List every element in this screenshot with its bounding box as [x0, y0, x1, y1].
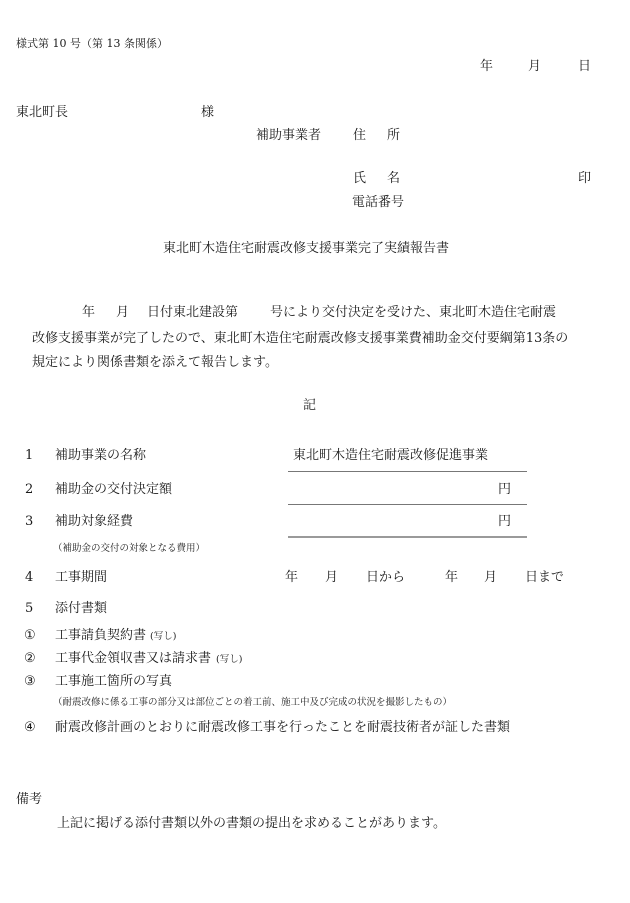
date-year: 年	[480, 60, 493, 73]
item-number: 5	[25, 602, 33, 615]
period-to-year: 年	[445, 571, 458, 584]
item-number: 4	[25, 571, 33, 584]
body-line3: 規定により関係書類を添えて報告します。	[32, 356, 278, 369]
applicant-label: 補助事業者	[256, 129, 321, 142]
address-label-1: 住	[353, 129, 366, 142]
ki-heading: 記	[303, 399, 316, 412]
attachment-mark: ②	[24, 652, 36, 665]
period-from-day: 日から	[366, 571, 405, 584]
item-label: 補助事業の名称	[55, 449, 146, 462]
item-label: 添付書類	[55, 602, 107, 615]
attachment-note: （耐震改修に係る工事の部分又は部位ごとの着工前、施工中及び完成の状況を撮影したも…	[53, 698, 452, 708]
addressee-honorific: 様	[201, 106, 214, 119]
body-month: 月	[116, 306, 129, 319]
project-name-value: 東北町木造住宅耐震改修促進事業	[293, 449, 488, 462]
attachment-mark: ④	[24, 721, 36, 734]
seal-mark: 印	[578, 172, 591, 185]
grant-amount-unit: 円	[498, 483, 511, 496]
attachment-mark: ③	[24, 675, 36, 688]
name-label-1: 氏	[353, 172, 366, 185]
date-day: 日	[578, 60, 591, 73]
period-from-year: 年	[285, 571, 298, 584]
period-from-month: 月	[325, 571, 338, 584]
period-to-day: 日まで	[525, 571, 564, 584]
attachment-mark: ①	[24, 629, 36, 642]
eligible-cost-note: （補助金の交付の対象となる費用）	[53, 544, 205, 554]
item-label: 工事期間	[55, 571, 107, 584]
addressee-name: 東北町長	[16, 106, 68, 119]
item-number: 1	[25, 449, 33, 462]
document-title: 東北町木造住宅耐震改修支援事業完了実績報告書	[163, 242, 449, 255]
item-number: 2	[25, 483, 33, 496]
date-month: 月	[528, 60, 541, 73]
eligible-cost-field[interactable]	[288, 536, 527, 538]
item-label: 補助対象経費	[55, 515, 133, 528]
attachment-text: 工事代金領収書又は請求書	[55, 652, 211, 665]
body-line1-rest: 号により交付決定を受けた、東北町木造住宅耐震	[270, 306, 556, 319]
body-day-prefix: 日付東北建設第	[147, 306, 238, 319]
remarks-text: 上記に掲げる添付書類以外の書類の提出を求めることがあります。	[57, 817, 446, 830]
name-label-2: 名	[387, 172, 400, 185]
period-to-month: 月	[484, 571, 497, 584]
attachment-suffix: (写し)	[150, 632, 176, 642]
attachment-text: 工事請負契約書	[55, 629, 146, 642]
eligible-cost-unit: 円	[498, 515, 511, 528]
form-number: 様式第 10 号（第 13 条関係）	[16, 38, 168, 49]
attachment-suffix: (写し)	[216, 655, 242, 665]
address-label-2: 所	[387, 129, 400, 142]
attachment-text: 耐震改修計画のとおりに耐震改修工事を行ったことを耐震技術者が証した書類	[55, 721, 510, 734]
project-name-underline	[288, 471, 527, 472]
item-number: 3	[25, 515, 33, 528]
phone-label: 電話番号	[352, 196, 404, 209]
attachment-text: 工事施工箇所の写真	[55, 675, 172, 688]
body-line2: 改修支援事業が完了したので、東北町木造住宅耐震改修支援事業費補助金交付要綱第13…	[32, 332, 568, 345]
body-year: 年	[82, 306, 95, 319]
grant-amount-field[interactable]	[288, 504, 527, 505]
remarks-heading: 備考	[16, 793, 42, 806]
item-label: 補助金の交付決定額	[55, 483, 172, 496]
